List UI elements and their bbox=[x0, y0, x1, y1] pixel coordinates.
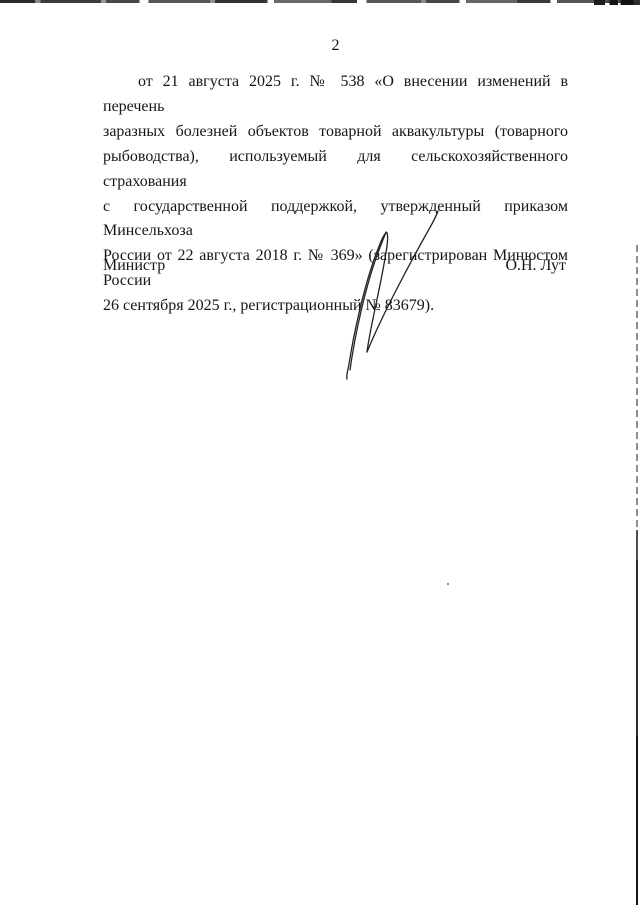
scan-artifact-top-edge bbox=[0, 0, 640, 3]
minister-name: О.Н. Лут bbox=[505, 256, 566, 276]
paragraph-line: рыбоводства), используемый для сельскохо… bbox=[103, 145, 568, 195]
document-page: 2 от 21 августа 2025 г. № 538 «О внесени… bbox=[0, 0, 640, 905]
scan-artifact-right-edge-solid bbox=[636, 530, 638, 905]
paragraph-line: заразных болезней объектов товарной аква… bbox=[103, 120, 568, 145]
scan-artifact-right-edge-dashed bbox=[636, 245, 638, 530]
scan-artifact-top-right bbox=[594, 0, 640, 5]
minister-signature bbox=[336, 204, 444, 384]
minister-title: Министр bbox=[103, 256, 165, 276]
signature-stroke bbox=[347, 233, 387, 379]
paragraph-line: от 21 августа 2025 г. № 538 «О внесении … bbox=[103, 70, 568, 120]
signature-stroke bbox=[367, 211, 438, 352]
page-number: 2 bbox=[103, 38, 568, 54]
scan-speck bbox=[447, 583, 449, 585]
